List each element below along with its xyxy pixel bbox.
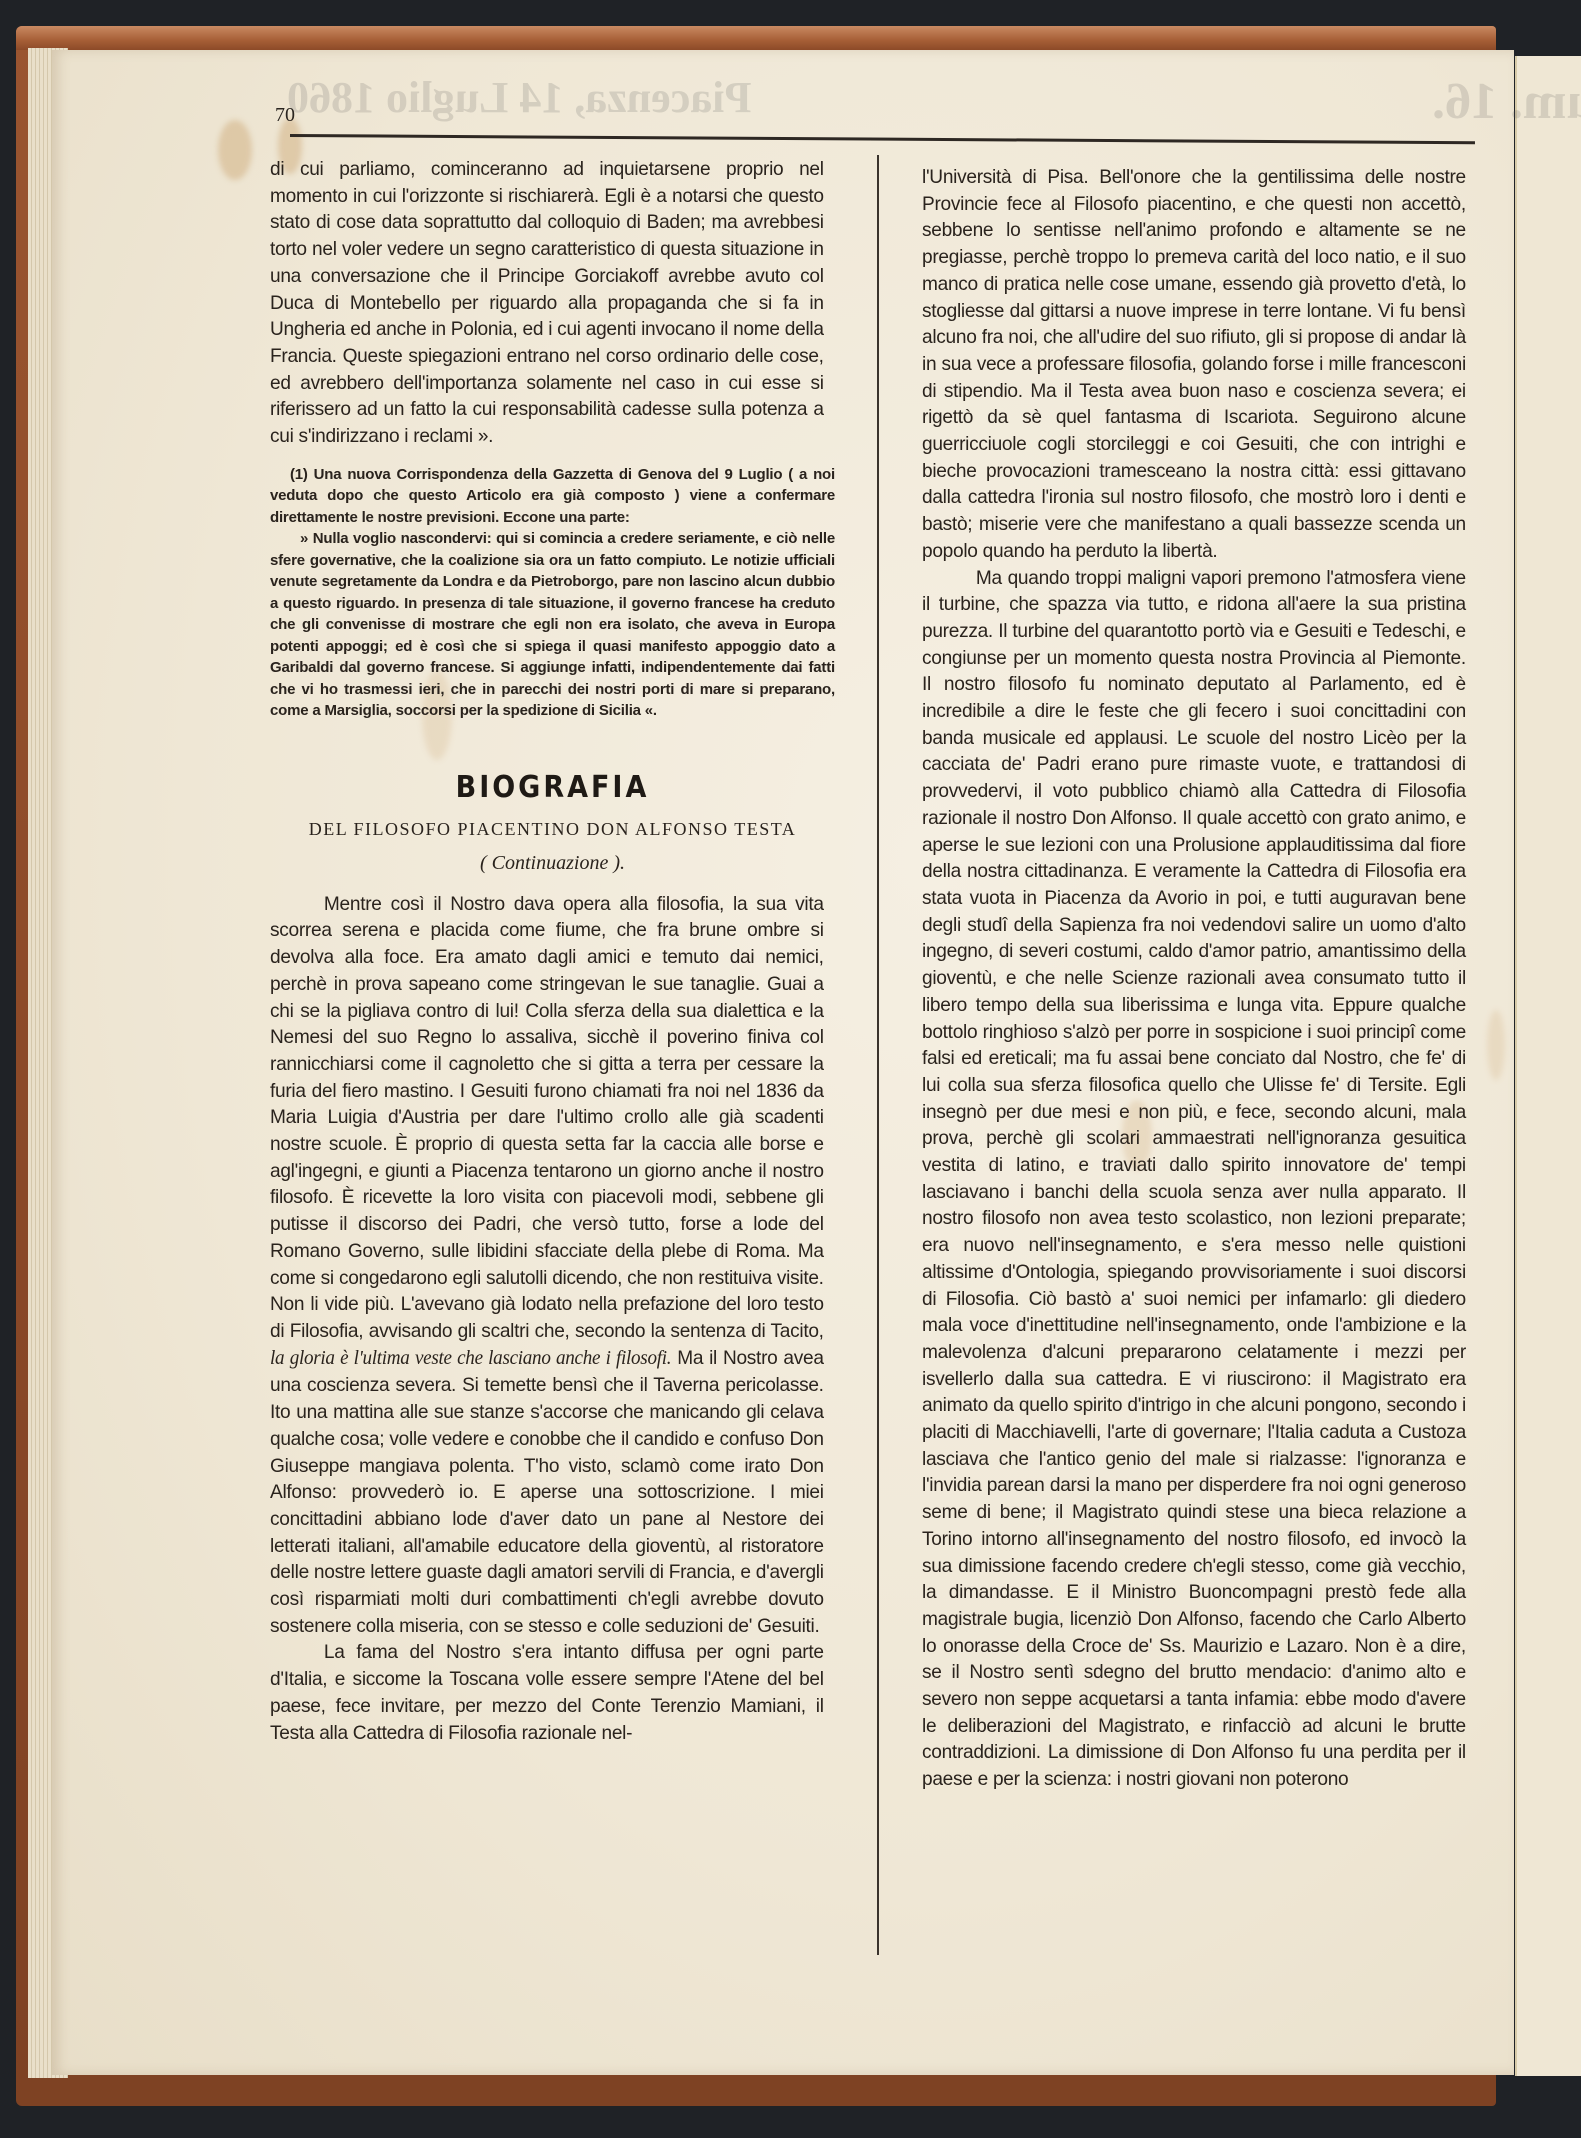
- section-continuation: ( Continuazione ).: [270, 852, 835, 875]
- left-column: di cui parliamo, cominceranno ad inquiet…: [270, 156, 835, 1746]
- footnote-intro: (1) Una nuova Corrispondenza della Gazze…: [270, 464, 835, 529]
- foxing-stain: [1487, 1010, 1505, 1080]
- paragraph-text: Ma il Nostro avea una coscienza severa. …: [270, 1347, 824, 1637]
- page-number: 70: [275, 104, 295, 127]
- continuation-paragraph: di cui parliamo, cominceranno ad inquiet…: [270, 156, 824, 450]
- footnote-quote: » Nulla voglio nascondervi: qui si comin…: [270, 528, 835, 722]
- foxing-stain: [218, 120, 252, 180]
- binding-top-edge: [16, 26, 1496, 50]
- column-divider: [877, 155, 879, 1955]
- right-column: l'Università di Pisa. Bell'onore che la …: [922, 164, 1477, 1793]
- bleed-through-header-left: Piacenza, 14 Luglio 1860: [287, 72, 751, 123]
- bleed-through-header-right: Num. 16.: [1432, 72, 1581, 131]
- biography-paragraph-2: La fama del Nostro s'era intanto diffusa…: [270, 1639, 824, 1746]
- paragraph-text: Mentre così il Nostro dava opera alla fi…: [270, 893, 824, 1342]
- biography-paragraph-1: Mentre così il Nostro dava opera alla fi…: [270, 891, 824, 1640]
- tacitus-quote: la gloria è l'ultima veste che lasciano …: [270, 1348, 671, 1369]
- biography-paragraph-3: l'Università di Pisa. Bell'onore che la …: [922, 164, 1466, 565]
- section-subtitle: DEL FILOSOFO PIACENTINO DON ALFONSO TEST…: [270, 819, 835, 840]
- section-title: BIOGRAFIA: [270, 770, 835, 805]
- biography-paragraph-4: Ma quando troppi maligni vapori premono …: [922, 565, 1466, 1793]
- next-page-edge: [1515, 56, 1581, 2076]
